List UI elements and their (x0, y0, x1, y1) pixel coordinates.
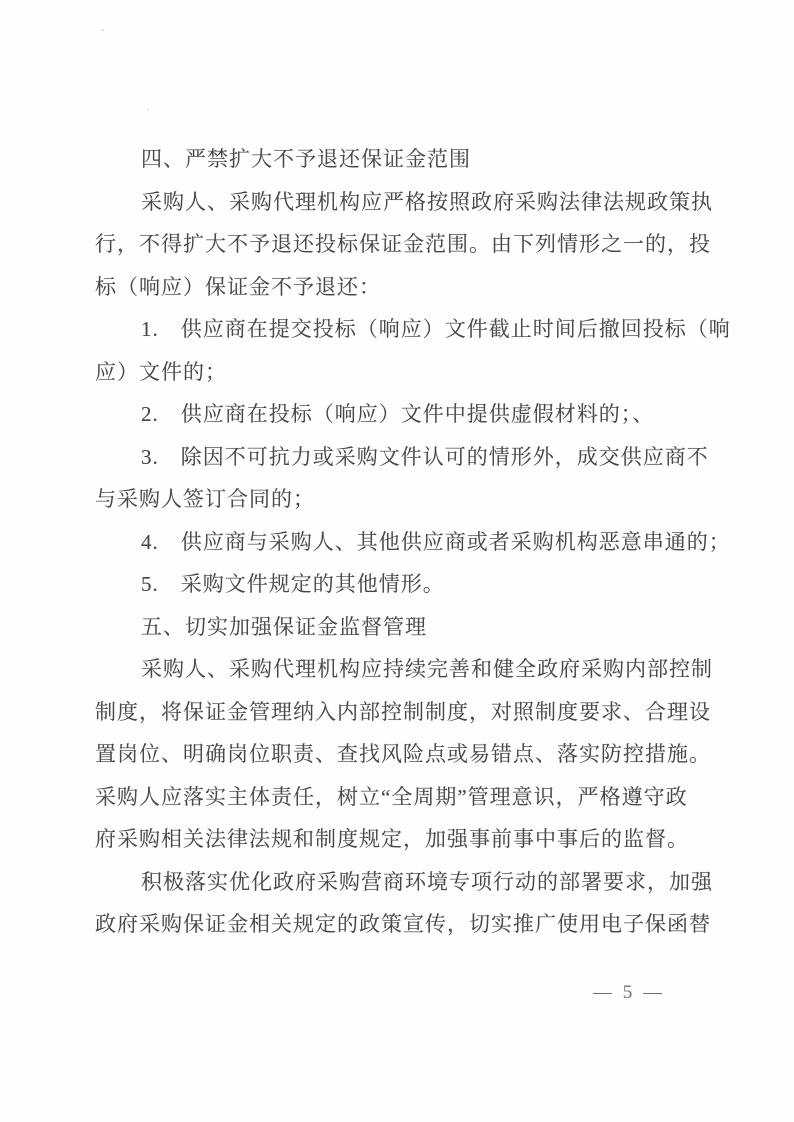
text-line: 政府采购保证金相关规定的政策宣传，切实推广使用电子保函替 (95, 903, 713, 946)
document-text-block: 四、严禁扩大不予退还保证金范围 采购人、采购代理机构应严格按照政府采购法律法规政… (95, 138, 713, 946)
text-line: 府采购相关法律法规和制度规定，加强事前事中事后的监督。 (95, 818, 713, 861)
text-line: 采购人应落实主体责任，树立“全周期”管理意识，严格遵守政 (95, 776, 713, 819)
section-heading: 五、切实加强保证金监督管理 (95, 606, 713, 649)
list-item-line: 4. 供应商与采购人、其他供应商或者采购机构恶意串通的； (95, 521, 713, 564)
text-line: 标（响应）保证金不予退还： (95, 266, 713, 309)
text-line: 应）文件的； (95, 351, 713, 394)
text-line: 采购人、采购代理机构应严格按照政府采购法律法规政策执 (95, 181, 713, 224)
list-item-line: 2. 供应商在投标（响应）文件中提供虚假材料的；、 (95, 393, 713, 436)
text-line: 制度，将保证金管理纳入内部控制制度，对照制度要求、合理设 (95, 691, 713, 734)
text-line: 采购人、采购代理机构应持续完善和健全政府采购内部控制 (95, 648, 713, 691)
scan-speck (101, 29, 104, 31)
text-line: 积极落实优化政府采购营商环境专项行动的部署要求，加强 (95, 861, 713, 904)
list-item-line: 1. 供应商在提交投标（响应）文件截止时间后撤回投标（响 (95, 308, 713, 351)
text-line: 与采购人签订合同的； (95, 478, 713, 521)
page-number: — 5 — (593, 982, 665, 1004)
text-line: 置岗位、明确岗位职责、查找风险点或易错点、落实防控措施。 (95, 733, 713, 776)
list-item-line: 5. 采购文件规定的其他情形。 (95, 563, 713, 606)
scan-speck (147, 109, 149, 111)
section-heading: 四、严禁扩大不予退还保证金范围 (95, 138, 713, 181)
text-line: 行，不得扩大不予退还投标保证金范围。由下列情形之一的，投 (95, 223, 713, 266)
document-page: 四、严禁扩大不予退还保证金范围 采购人、采购代理机构应严格按照政府采购法律法规政… (0, 0, 794, 1122)
list-item-line: 3. 除因不可抗力或采购文件认可的情形外，成交供应商不 (95, 436, 713, 479)
